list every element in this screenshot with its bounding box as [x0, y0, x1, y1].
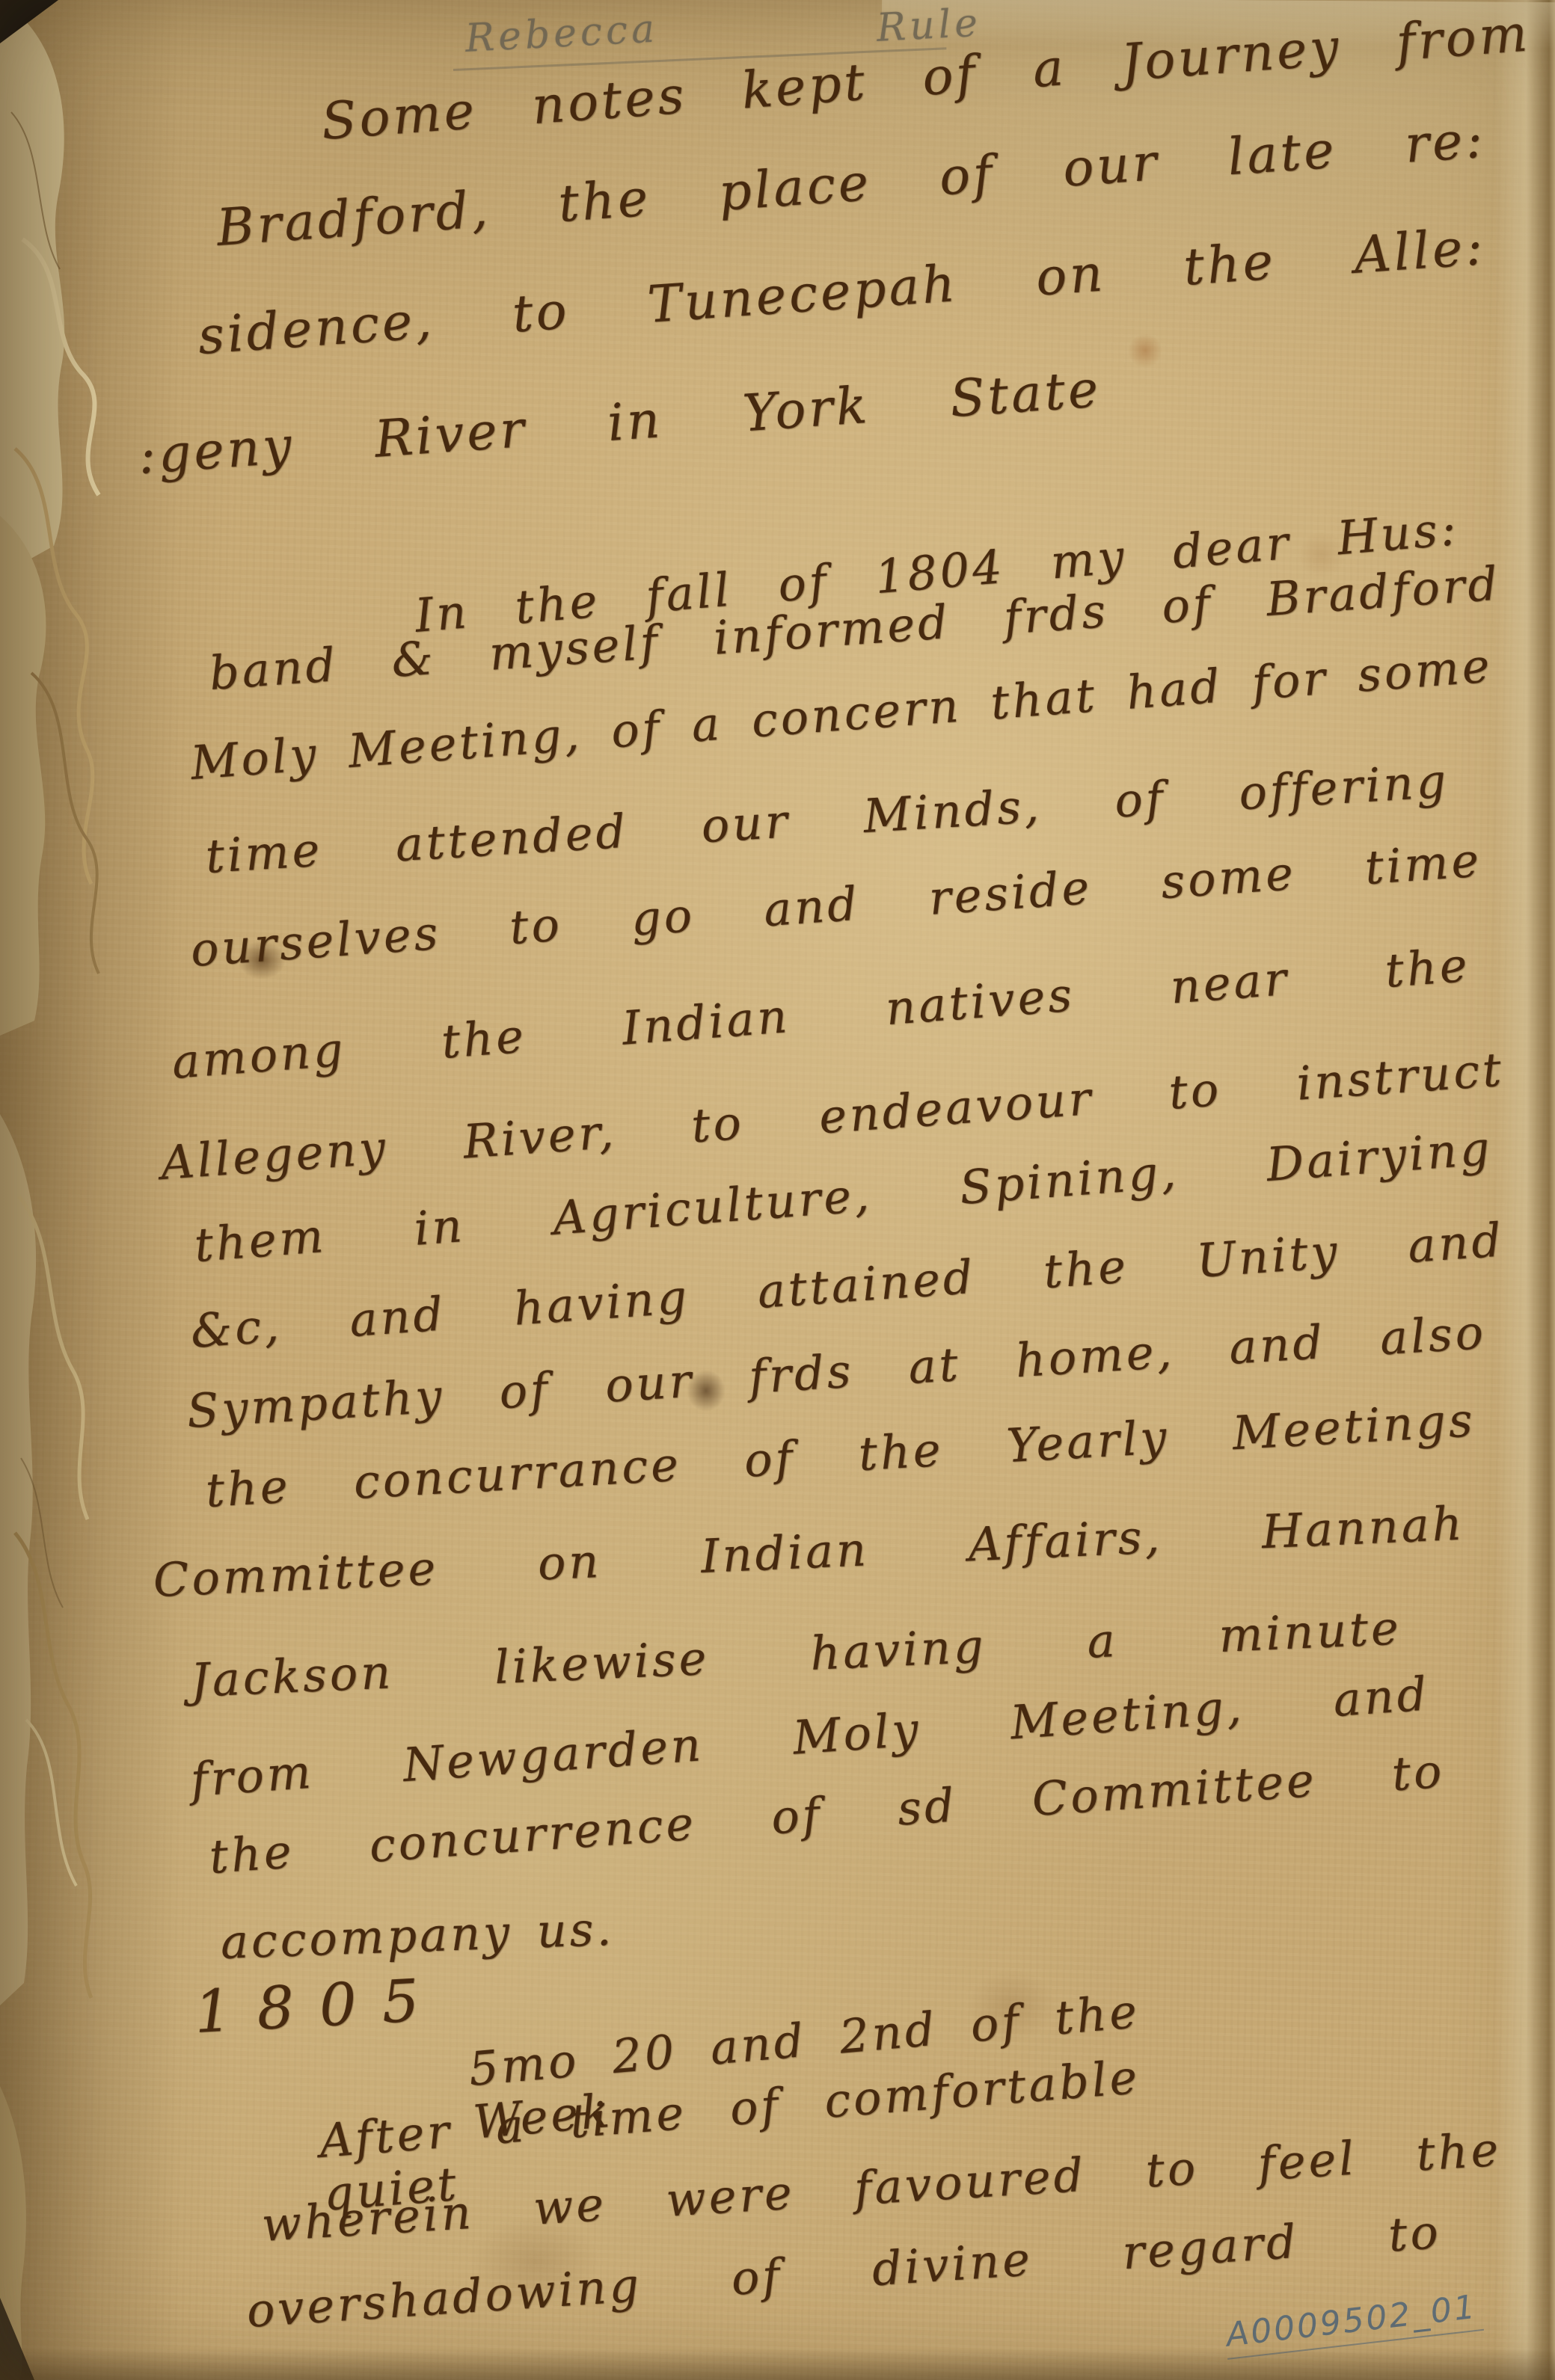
manuscript-page: Rebecca Rule Some notes kept of a Journe…: [0, 0, 1555, 2380]
page-bottom-edge: [0, 2349, 1555, 2380]
pencil-annotation-first-name: Rebecca: [464, 7, 659, 61]
manuscript-line-year: 1805: [193, 1967, 447, 2047]
pencil-annotation-last-name: Rule: [875, 1, 982, 51]
binding-shadow: [0, 0, 180, 2380]
rust-spot: [1128, 333, 1162, 368]
page-right-edge: [1495, 0, 1555, 2380]
manuscript-line: accompany us.: [220, 1902, 615, 1970]
manuscript-line: Committee on Indian Affairs, Hannah: [152, 1496, 1465, 1607]
manuscript-line: :geny River in York State: [136, 360, 1102, 486]
